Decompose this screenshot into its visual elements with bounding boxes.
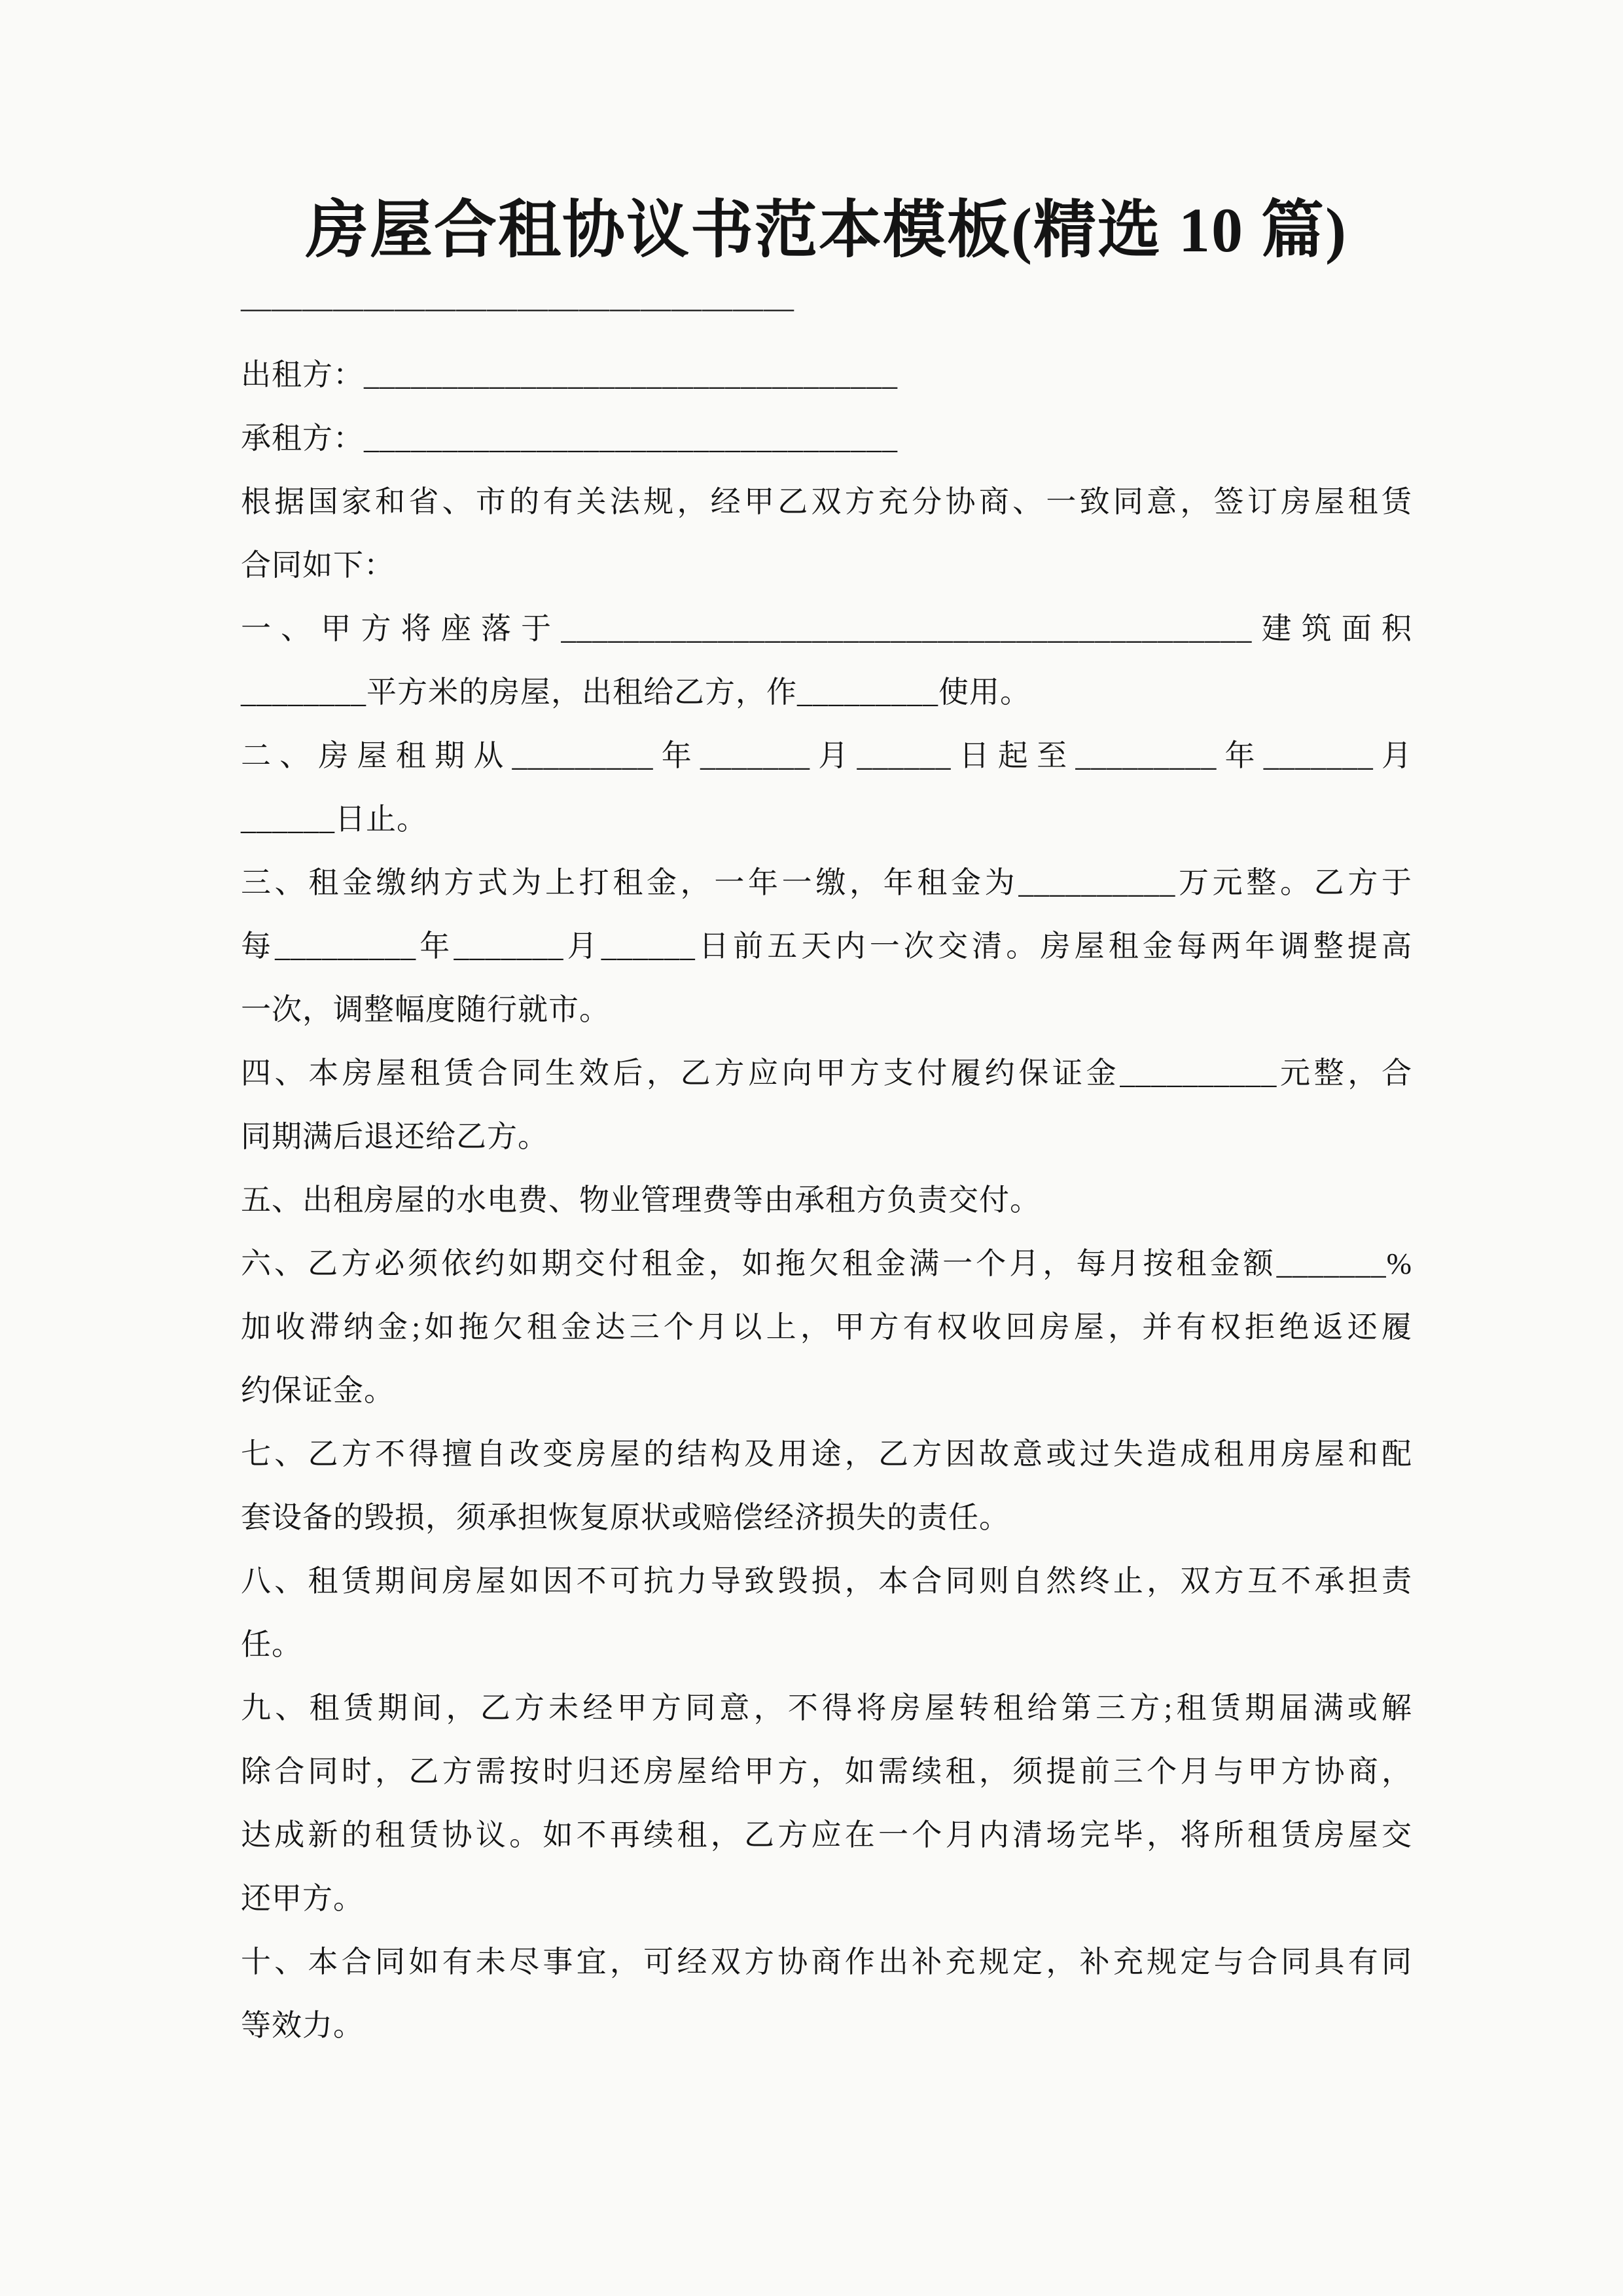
clause-4-line-1: 四、本房屋租赁合同生效后，乙方应向甲方支付履约保证金__________元整，合 (241, 1041, 1412, 1105)
preamble-line-1: 根据国家和省、市的有关法规，经甲乙双方充分协商、一致同意，签订房屋租赁 (241, 470, 1412, 533)
clause-2-line-2: ______日止。 (241, 787, 1412, 851)
clause-3-line-1: 三、租金缴纳方式为上打租金，一年一缴，年租金为__________万元整。乙方于 (241, 851, 1412, 914)
clause-6-line-3: 约保证金。 (241, 1359, 1412, 1422)
clause-8-line-1: 八、租赁期间房屋如因不可抗力导致毁损，本合同则自然终止，双方互不承担责 (241, 1549, 1412, 1613)
clause-8-line-2: 任。 (241, 1613, 1412, 1676)
lessee-line: 承租方：__________________________________ (241, 406, 1412, 470)
clause-10-line-2: 等效力。 (241, 1994, 1412, 2057)
clause-5-line-1: 五、出租房屋的水电费、物业管理费等由承租方负责交付。 (241, 1168, 1412, 1232)
clause-7-line-1: 七、乙方不得擅自改变房屋的结构及用途，乙方因故意或过失造成租用房屋和配 (241, 1422, 1412, 1486)
clause-1-line-1: 一、甲方将座落于________________________________… (241, 597, 1412, 660)
clause-4-line-2: 同期满后退还给乙方。 (241, 1105, 1412, 1168)
clause-9-line-1: 九、租赁期间，乙方未经甲方同意，不得将房屋转租给第三方;租赁期届满或解 (241, 1676, 1412, 1740)
preamble-line-2: 合同如下： (241, 533, 1412, 597)
clause-1-line-2: ________平方米的房屋，出租给乙方，作_________使用。 (241, 660, 1412, 724)
clause-3-line-3: 一次，调整幅度随行就市。 (241, 978, 1412, 1041)
clause-6-line-2: 加收滞纳金;如拖欠租金达三个月以上，甲方有权收回房屋，并有权拒绝返还履 (241, 1295, 1412, 1359)
clause-2-line-1: 二、房屋租期从_________年_______月______日起至______… (241, 724, 1412, 787)
document-title: 房屋合租协议书范本模板(精选 10 篇) (241, 191, 1412, 270)
title-underline-divider: —————————————————— (241, 288, 1412, 327)
clause-6-line-1: 六、乙方必须依约如期交付租金，如拖欠租金满一个月，每月按租金额_______% (241, 1232, 1412, 1295)
clause-3-line-2: 每_________年_______月______日前五天内一次交清。房屋租金每… (241, 914, 1412, 978)
clause-9-line-2: 除合同时，乙方需按时归还房屋给甲方，如需续租，须提前三个月与甲方协商， (241, 1740, 1412, 1803)
clause-9-line-3: 达成新的租赁协议。如不再续租，乙方应在一个月内清场完毕，将所租赁房屋交 (241, 1803, 1412, 1867)
clause-9-line-4: 还甲方。 (241, 1867, 1412, 1930)
contract-body: 出租方：__________________________________ 承… (241, 343, 1412, 2057)
document-page: 房屋合租协议书范本模板(精选 10 篇) —————————————————— … (0, 0, 1623, 2296)
clause-10-line-1: 十、本合同如有未尽事宜，可经双方协商作出补充规定，补充规定与合同具有同 (241, 1930, 1412, 1994)
clause-7-line-2: 套设备的毁损，须承担恢复原状或赔偿经济损失的责任。 (241, 1486, 1412, 1549)
lessor-line: 出租方：__________________________________ (241, 343, 1412, 406)
